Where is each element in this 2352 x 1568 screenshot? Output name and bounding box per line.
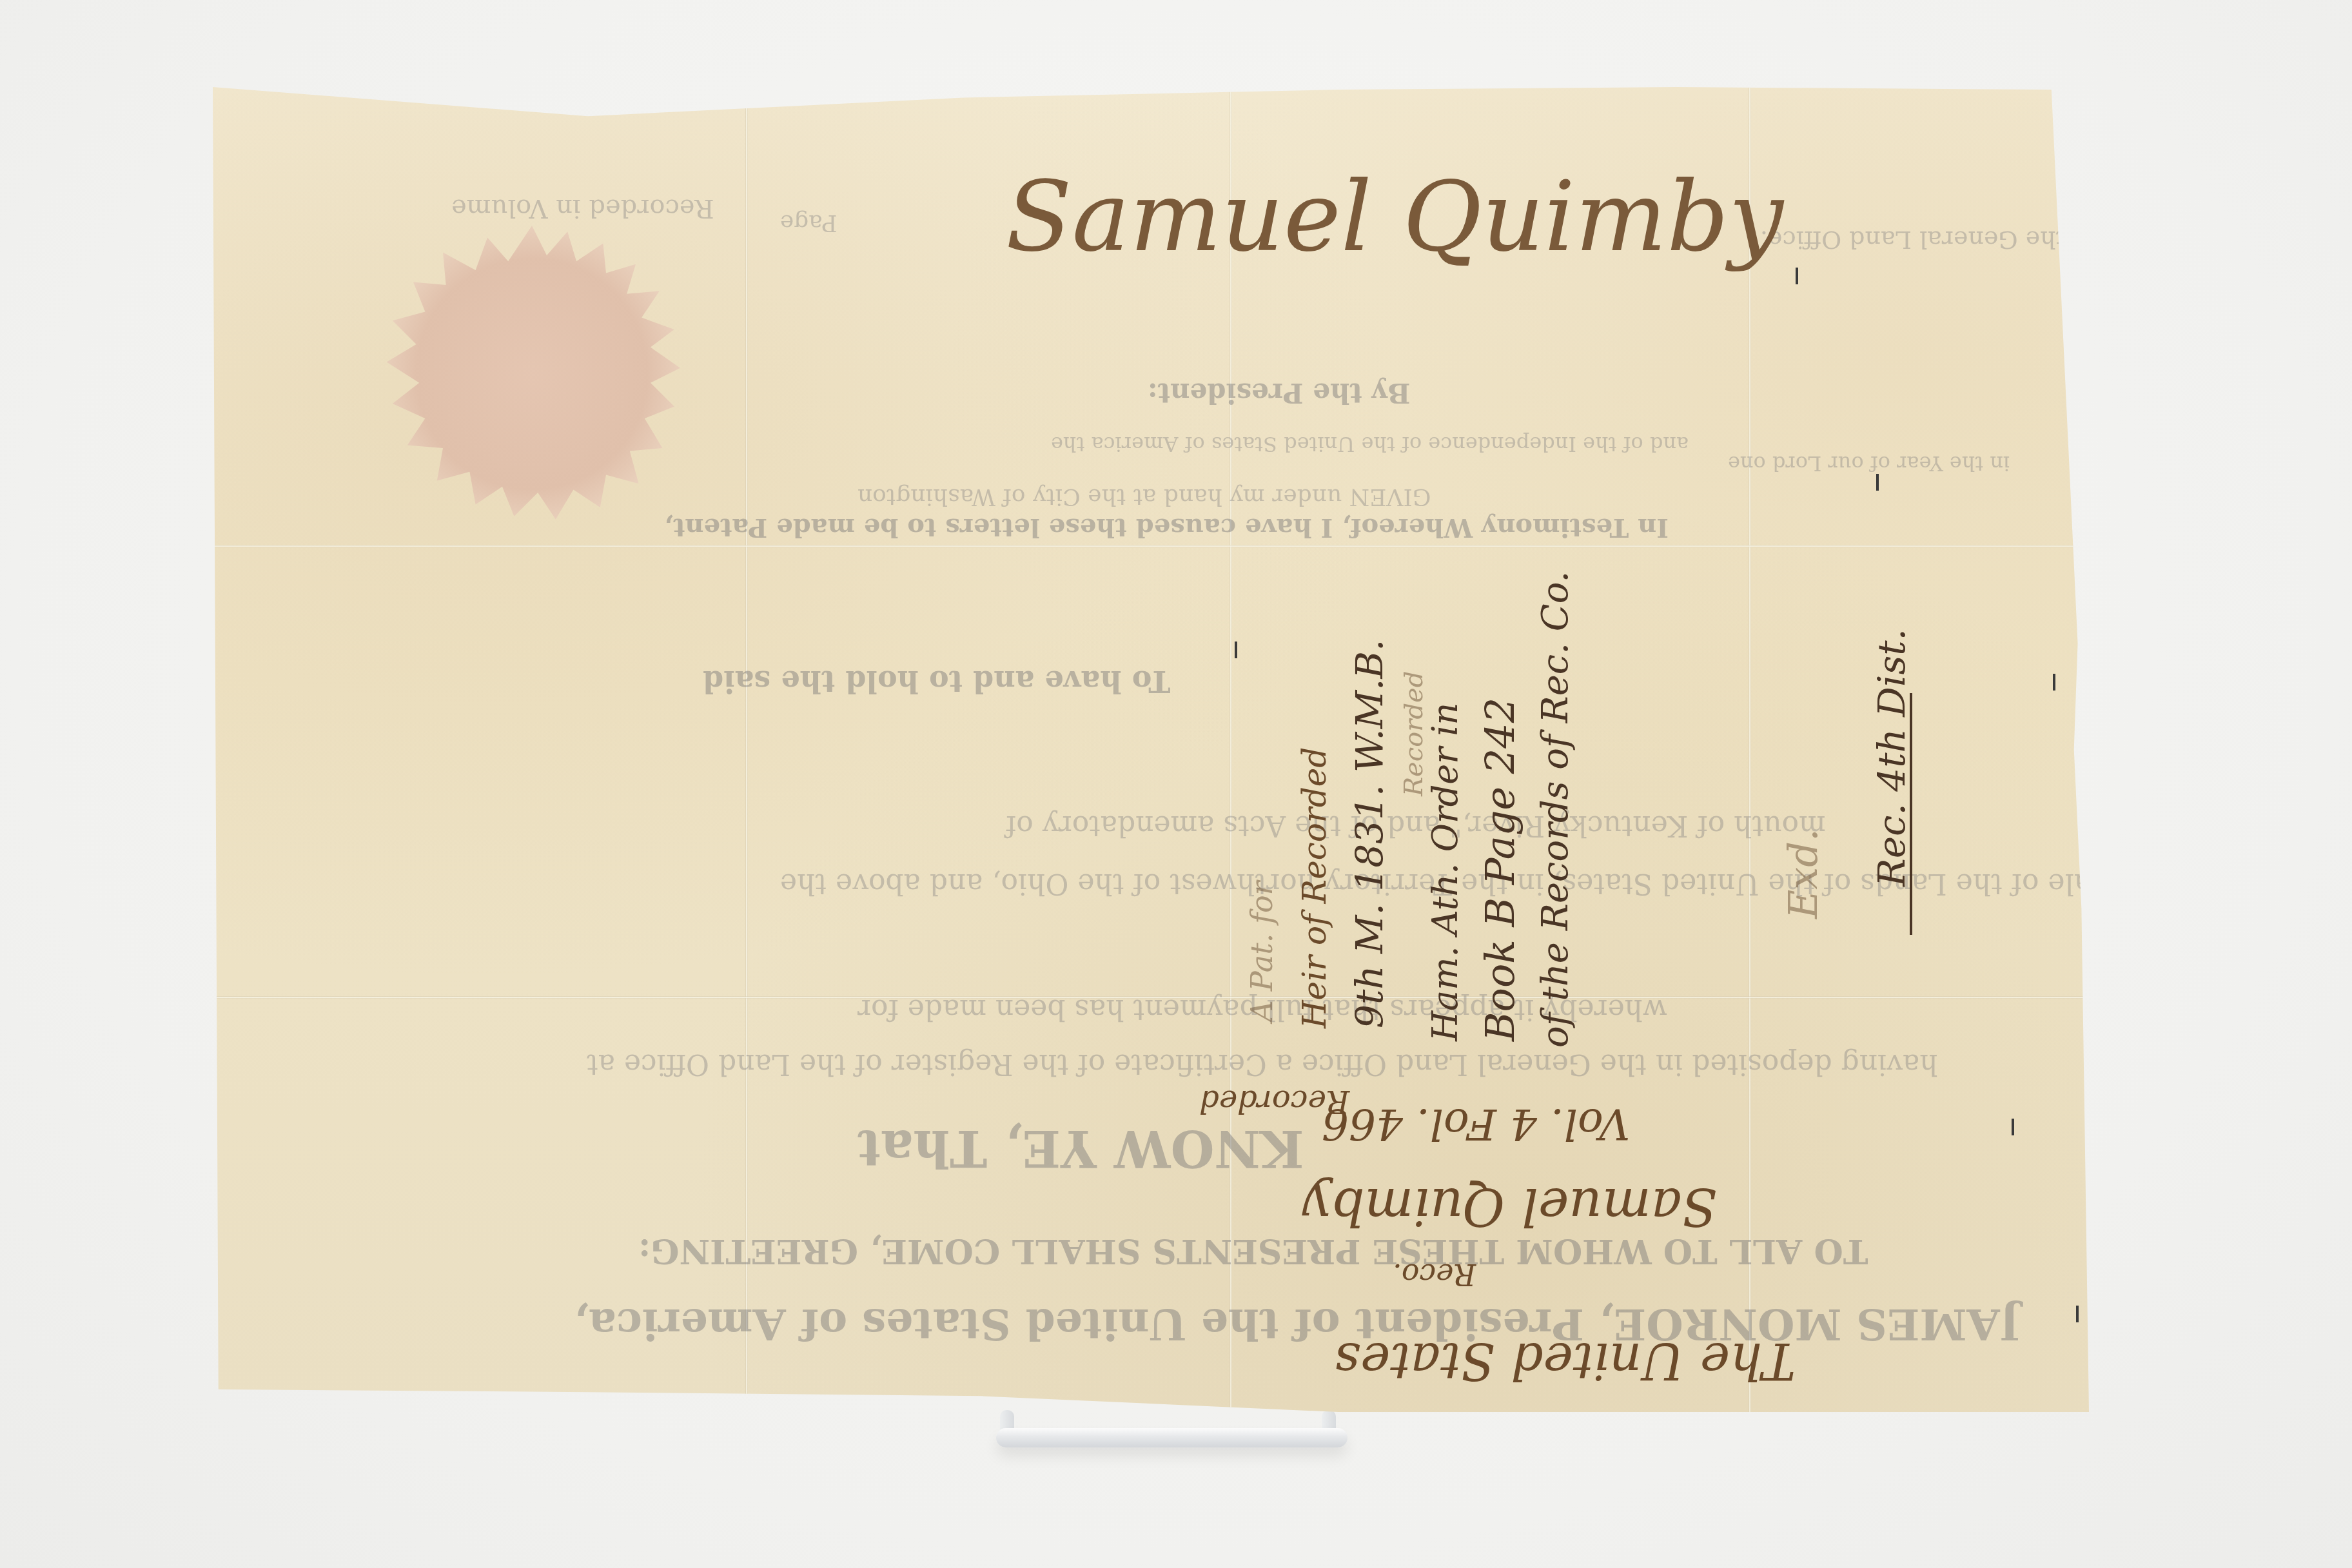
- docket-line: A Pat. for: [1244, 881, 1279, 1022]
- docket-line: 9th M. 1831. W.M.B.: [1347, 639, 1391, 1028]
- printed-recorded-volume: Recorded in Volume: [451, 193, 714, 223]
- printed-independence: and of the Independence of the United St…: [1051, 432, 1689, 456]
- inverted-the-united-states: The United States: [1335, 1331, 1796, 1389]
- printed-to-all: TO ALL TO WHOM THESE PRESENTS SHALL COME…: [638, 1231, 1868, 1271]
- ink-tick: [2012, 1119, 2014, 1135]
- printed-deposited: having deposited in the General Land Off…: [587, 1048, 1938, 1081]
- signature-samuel-quimby: Samuel Quimby: [1006, 161, 1783, 273]
- ink-tick: [1796, 268, 1798, 284]
- ink-tick: [2076, 1306, 2079, 1322]
- docket-line: Book B Page 242: [1476, 698, 1524, 1041]
- photo-scene: Recorded in Volume Page Commissioner of …: [0, 0, 2352, 1568]
- display-stand: [996, 1410, 1347, 1451]
- ink-tick: [1876, 474, 1879, 491]
- printed-given: GIVEN under my hand at the City of Washi…: [857, 484, 1431, 510]
- docket-line: of the Records of Rec. Co.: [1534, 571, 1576, 1048]
- underline-stroke: [1910, 693, 1912, 935]
- inverted-vol-fol: Vol. 4 Fol. 466: [1322, 1099, 1630, 1149]
- printed-by-president: By the President:: [1148, 377, 1410, 409]
- printed-page: Page: [780, 210, 837, 236]
- printed-testimony: In Testimony Whereof, I have caused thes…: [664, 513, 1669, 543]
- stand-bar: [996, 1428, 1347, 1447]
- inverted-samuel-quimby: Samuel Quimby: [1302, 1177, 1717, 1237]
- fold-line-vertical: [1230, 87, 1232, 1412]
- docket-line: Heir of Recorded: [1296, 747, 1333, 1028]
- docket-line: Ham. Ath. Order in: [1425, 703, 1465, 1041]
- right-docket-exd: Exd.: [1779, 828, 1827, 919]
- ink-tick: [2053, 674, 2055, 691]
- right-docket-rec: Rec. 4th Dist.: [1870, 629, 1914, 887]
- land-patent-document: Recorded in Volume Page Commissioner of …: [213, 87, 2089, 1412]
- fold-line-vertical: [745, 87, 748, 1412]
- fold-line-horizontal: [213, 545, 2089, 547]
- ink-tick: [1235, 642, 1237, 658]
- printed-know-ye: KNOW YE, That: [857, 1119, 1304, 1177]
- printed-mouth-kentucky: mouth of Kentucky River," and of the Act…: [1006, 809, 1826, 842]
- paper-seal: [384, 226, 680, 522]
- printed-in-year: in the Year of our Lord one: [1728, 451, 2010, 476]
- printed-commissioner: Commissioner of the General Land Office.: [1760, 226, 2283, 254]
- printed-james-monroe: JAMES MONROE, President of the United St…: [574, 1299, 2020, 1349]
- printed-to-have: To have and to hold the said: [703, 664, 1170, 699]
- inverted-reco: Reco.: [1393, 1257, 1476, 1292]
- fold-line-vertical: [1749, 87, 1751, 1412]
